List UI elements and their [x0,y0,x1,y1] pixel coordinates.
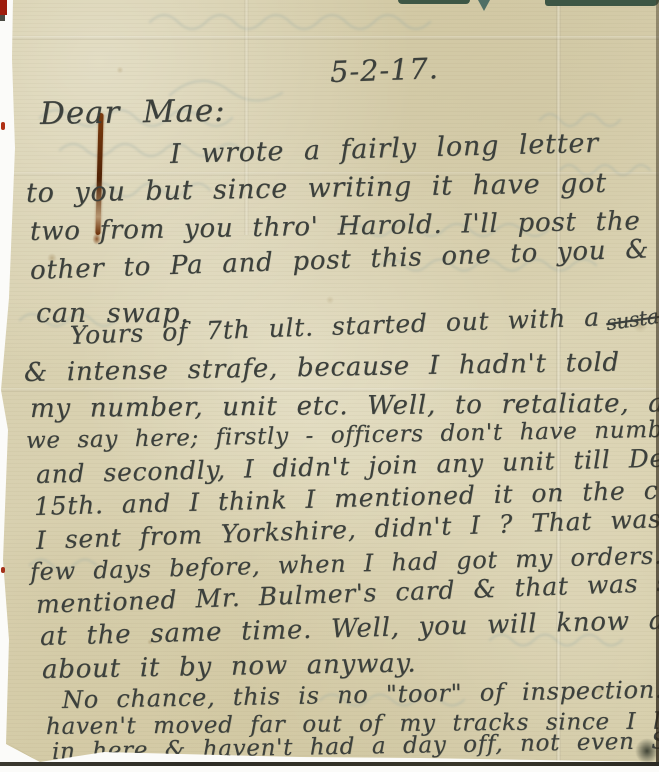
letter-paper: 5-2-17. Dear Mae: I wrote a fairly long … [0,0,659,772]
letter-body-line: & intense strafe, because I hadn't told [24,348,620,388]
letter-body-line: to you but since writing it have got [26,168,607,209]
scan-artifact-red-middle [1,122,5,130]
folded-corner-flap [7,742,41,763]
scan-gap-top-right [545,0,659,6]
scan-artifact-dark-top [0,15,5,21]
scan-bottom-edge-line [0,762,659,766]
scan-gap-top-notch [478,0,490,11]
letter-body-line: I wrote a fairly long letter [170,128,600,170]
scan-artifact-red-top [0,0,7,15]
letter-scan: 5-2-17. Dear Mae: I wrote a fairly long … [0,0,659,772]
letter-body-line: about it by now anyway. [42,648,417,685]
fold-crease-vertical-right [556,0,561,762]
fold-crease-horizontal-top [0,36,659,40]
letter-date: 5-2-17. [329,51,439,89]
scan-gap-top-left [398,0,470,4]
crossed-out-word: sustained [605,298,659,335]
letter-salutation: Dear Mae: [40,93,226,132]
